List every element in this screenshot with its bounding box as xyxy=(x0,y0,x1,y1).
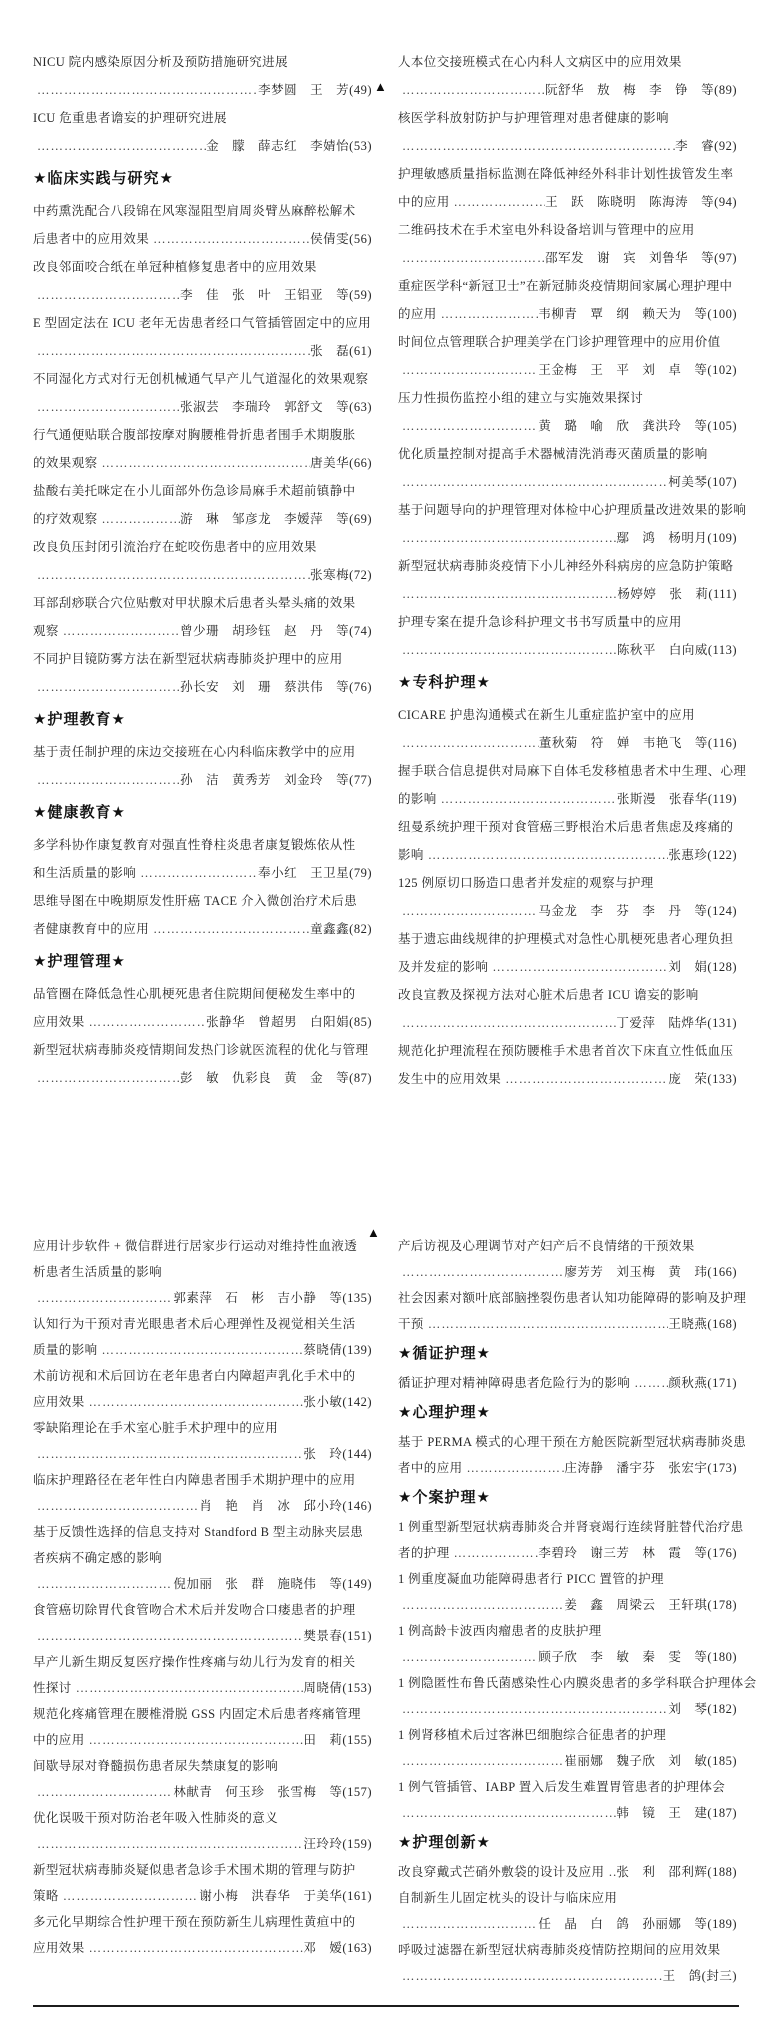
leader-dots: …………………………………………………………………………………………………………… xyxy=(604,1859,616,1885)
entry-authors-page: 孙 洁 黄秀芳 刘金玲 等(77) xyxy=(180,766,372,794)
entry-title-text: 干预 xyxy=(398,1311,424,1337)
entry-title-text: 发生中的应用效果 xyxy=(398,1065,501,1093)
entry-title-line: 新型冠状病毒肺炎疑似患者急诊手术围术期的管理与防护 xyxy=(33,1857,372,1883)
entry-leader-line: 策略……………………………………………………………………………………………………… xyxy=(33,1883,372,1909)
entry-title-text: 中的应用 xyxy=(398,188,450,216)
entry-title-line: NICU 院内感染原因分析及预防措施研究进展 xyxy=(33,48,372,76)
entry-title-text: 1 例气管插管、IABP 置入后发生难置胃管患者的护理体会 xyxy=(398,1774,725,1800)
entry-title-line: 优化误吸干预对防治老年吸入性肺炎的意义 xyxy=(33,1805,372,1831)
leader-dots: …………………………………………………………………………………………………………… xyxy=(398,412,538,440)
leader-dots: …………………………………………………………………………………………………………… xyxy=(33,281,180,309)
leader-dots: …………………………………………………………………………………………………………… xyxy=(398,1748,564,1774)
toc-entry: 新型冠状病毒肺炎疫情期间发热门诊就医流程的优化与管理……………………………………… xyxy=(33,1036,372,1092)
entry-title-line: 不同护目镜防雾方法在新型冠状病毒肺炎护理中的应用 xyxy=(33,645,372,673)
leader-dots: …………………………………………………………………………………………………………… xyxy=(33,76,258,104)
entry-authors-page: 邓 嫒(163) xyxy=(303,1935,372,1961)
leader-dots: …………………………………………………………………………………………………………… xyxy=(33,1571,173,1597)
entry-title-text: 改良负压封闭引流治疗在蛇咬伤患者中的应用效果 xyxy=(33,533,317,561)
entry-authors-page: 郭素萍 石 彬 吉小静 等(135) xyxy=(173,1285,372,1311)
entry-title-line: 1 例重型新型冠状病毒肺炎合并肾衰竭行连续肾脏替代治疗患 xyxy=(398,1514,737,1540)
entry-leader-line: 及并发症的影响………………………………………………………………………………………… xyxy=(398,953,737,981)
entry-title-line: 时间位点管理联合护理美学在门诊护理管理中的应用价值 xyxy=(398,328,737,356)
entry-authors-page: 陈秋平 白向威(113) xyxy=(617,636,737,664)
entry-title-text: 者中的应用 xyxy=(398,1455,463,1481)
entry-title-text: 应用效果 xyxy=(33,1008,85,1036)
entry-title-line: 者疾病不确定感的影响 xyxy=(33,1545,372,1571)
toc-entry: 125 例原切口肠造口患者并发症的观察与护理………………………………………………… xyxy=(398,869,737,925)
entry-leader-line: 和生活质量的影响……………………………………………………………………………………… xyxy=(33,859,372,887)
entry-title-line: E 型固定法在 ICU 老年无齿患者经口气管插管固定中的应用 xyxy=(33,309,372,337)
entry-title-line: 析患者生活质量的影响 xyxy=(33,1259,372,1285)
entry-title-line: 品管圈在降低急性心肌梗死患者住院期间便秘发生率中的 xyxy=(33,980,372,1008)
entry-title-line: 重症医学科“新冠卫士”在新冠肺炎疫情期间家属心理护理中 xyxy=(398,272,737,300)
toc-entry: 基于问题导向的护理管理对体检中心护理质量改进效果的影响…………………………………… xyxy=(398,496,737,552)
entry-leader-line: …………………………………………………………………………………………………………… xyxy=(398,1748,737,1774)
entry-title-text: 1 例重型新型冠状病毒肺炎合并肾衰竭行连续肾脏替代治疗患 xyxy=(398,1514,744,1540)
entry-title-text: 基于责任制护理的床边交接班在心内科临床教学中的应用 xyxy=(33,738,356,766)
entry-leader-line: 的应用…………………………………………………………………………………………………… xyxy=(398,300,737,328)
entry-authors-page: 王晓燕(168) xyxy=(668,1311,737,1337)
entry-title-text: 食管癌切除胃代食管吻合术术后并发吻合口瘘患者的护理 xyxy=(33,1597,356,1623)
entry-title-line: 认知行为干预对青光眼患者术后心理弹性及视觉相关生活 xyxy=(33,1311,372,1337)
entry-title-text: 改良宣教及探视方法对心脏术后患者 ICU 谵妄的影响 xyxy=(398,981,699,1009)
toc-entry: 行气通便贴联合腹部按摩对胸腰椎骨折患者围手术期腹胀的效果观察…………………………… xyxy=(33,421,372,477)
entry-authors-page: 周晓倩(153) xyxy=(303,1675,372,1701)
entry-title-text: 规范化护理流程在预防腰椎手术患者首次下床直立性低血压 xyxy=(398,1037,733,1065)
leader-dots: …………………………………………………………………………………………………………… xyxy=(59,1883,200,1909)
entry-title-text: 基于反馈性选择的信息支持对 Standford B 型主动脉夹层患 xyxy=(33,1519,363,1545)
entry-title-text: 基于遗忘曲线规律的护理模式对急性心肌梗死患者心理负担 xyxy=(398,925,733,953)
entry-title-line: 压力性损伤监控小组的建立与实施效果探讨 xyxy=(398,384,737,412)
entry-authors-page: 韦柳青 覃 纲 赖天为 等(100) xyxy=(538,300,737,328)
entry-title-text: 析患者生活质量的影响 xyxy=(33,1259,162,1285)
entry-leader-line: …………………………………………………………………………………………………………… xyxy=(398,1696,737,1722)
entry-authors-page: 崔丽娜 魏子欣 刘 敏(185) xyxy=(564,1748,737,1774)
entry-title-line: 改良负压封闭引流治疗在蛇咬伤患者中的应用效果 xyxy=(33,533,372,561)
entry-title-line: 规范化疼痛管理在腰椎滑脱 GSS 内固定术后患者疼痛管理 xyxy=(33,1701,372,1727)
toc-entry: 早产儿新生期反复医疗操作性疼痛与幼儿行为发育的相关性探讨………………………………… xyxy=(33,1649,372,1701)
entry-title-text: 的影响 xyxy=(398,785,437,813)
leader-dots: …………………………………………………………………………………………………………… xyxy=(33,337,310,365)
entry-title-text: 产后访视及心理调节对产妇产后不良情绪的干预效果 xyxy=(398,1233,695,1259)
leader-dots: …………………………………………………………………………………………………………… xyxy=(33,132,206,160)
entry-title-text: 中的应用 xyxy=(33,1727,85,1753)
entry-title-line: 不同湿化方式对行无创机械通气早产儿气道湿化的效果观察 xyxy=(33,365,372,393)
leader-dots: …………………………………………………………………………………………………………… xyxy=(424,1311,669,1337)
toc-entry: 纽曼系统护理干预对食管癌三野根治术后患者焦虑及疼痛的影响………………………………… xyxy=(398,813,737,869)
toc-entry: 自制新生儿固定枕头的设计与临床应用……………………………………………………………… xyxy=(398,1885,737,1937)
entry-title-line: 盐酸右美托咪定在小儿面部外伤急诊局麻手术超前镇静中 xyxy=(33,477,372,505)
entry-leader-line: 中的应用………………………………………………………………………………………………… xyxy=(398,188,737,216)
entry-title-line: 人本位交接班模式在心内科人文病区中的应用效果 xyxy=(398,48,737,76)
entry-leader-line: 干预……………………………………………………………………………………………………… xyxy=(398,1311,737,1337)
entry-title-text: 临床护理路径在老年性白内障患者围手术期护理中的应用 xyxy=(33,1467,356,1493)
entry-title-text: 改良穿戴式芒硝外敷袋的设计及应用 xyxy=(398,1859,604,1885)
entry-title-text: 及并发症的影响 xyxy=(398,953,488,981)
entry-title-text: 时间位点管理联合护理美学在门诊护理管理中的应用价值 xyxy=(398,328,721,356)
entry-title-text: 的应用 xyxy=(398,300,437,328)
toc-entry: 改良穿戴式芒硝外敷袋的设计及应用………………………………………………………………… xyxy=(398,1859,737,1885)
section-header: ★健康教育★ xyxy=(33,797,372,829)
toc-entry: 优化质量控制对提高手术器械清洗消毒灭菌质量的影响…………………………………………… xyxy=(398,440,737,496)
entry-title-line: 间歇导尿对脊髓损伤患者尿失禁康复的影响 xyxy=(33,1753,372,1779)
entry-title-line: 1 例重度凝血功能障碍患者行 PICC 置管的护理 xyxy=(398,1566,737,1592)
entry-leader-line: 的效果观察……………………………………………………………………………………………… xyxy=(33,449,372,477)
entry-authors-page: 阮舒华 敖 梅 李 铮 等(89) xyxy=(545,76,737,104)
leader-dots: …………………………………………………………………………………………………………… xyxy=(398,244,545,272)
leader-dots: …………………………………………………………………………………………………………… xyxy=(398,636,617,664)
entry-title-text: E 型固定法在 ICU 老年无齿患者经口气管插管固定中的应用 xyxy=(33,309,371,337)
entry-title-text: 品管圈在降低急性心肌梗死患者住院期间便秘发生率中的 xyxy=(33,980,356,1008)
toc-entry: 核医学科放射防护与护理管理对患者健康的影响…………………………………………………… xyxy=(398,104,737,160)
leader-dots: …………………………………………………………………………………………………………… xyxy=(33,1779,173,1805)
entry-title-line: 中药熏洗配合八段锦在风寒湿阻型肩周炎臂丛麻醉松解术 xyxy=(33,197,372,225)
leader-dots: …………………………………………………………………………………………………………… xyxy=(424,841,669,869)
toc-entry: CICARE 护患沟通模式在新生儿重症监护室中的应用……………………………………… xyxy=(398,701,737,757)
toc-entry: 耳部刮痧联合穴位贴敷对甲状腺术后患者头晕头痛的效果观察…………………………………… xyxy=(33,589,372,645)
entry-title-text: NICU 院内感染原因分析及预防措施研究进展 xyxy=(33,48,288,76)
entry-title-line: 早产儿新生期反复医疗操作性疼痛与幼儿行为发育的相关 xyxy=(33,1649,372,1675)
entry-title-line: 1 例隐匿性布鲁氏菌感染性心内膜炎患者的多学科联合护理体会 xyxy=(398,1670,737,1696)
entry-title-text: CICARE 护患沟通模式在新生儿重症监护室中的应用 xyxy=(398,701,695,729)
page-bottom-rule xyxy=(33,2005,739,2007)
toc-entry: 握手联合信息提供对局麻下自体毛发移植患者术中生理、心理的影响…………………………… xyxy=(398,757,737,813)
entry-authors-page: 张惠珍(122) xyxy=(668,841,737,869)
entry-authors-page: 杨婷婷 张 莉(111) xyxy=(617,580,737,608)
leader-dots: …………………………………………………………………………………………………………… xyxy=(398,76,545,104)
entry-authors-page: 鄢 鸿 杨明月(109) xyxy=(616,524,737,552)
entry-title-line: 耳部刮痧联合穴位贴敷对甲状腺术后患者头晕头痛的效果 xyxy=(33,589,372,617)
entry-title-text: 盐酸右美托咪定在小儿面部外伤急诊局麻手术超前镇静中 xyxy=(33,477,356,505)
entry-authors-page: 丁爱萍 陆烨华(131) xyxy=(616,1009,737,1037)
entry-authors-page: 顾子欣 李 敏 秦 雯 等(180) xyxy=(538,1644,737,1670)
section-header: ★护理教育★ xyxy=(33,704,372,736)
entry-leader-line: 者的护理………………………………………………………………………………………………… xyxy=(398,1540,737,1566)
entry-title-text: 基于问题导向的护理管理对体检中心护理质量改进效果的影响 xyxy=(398,496,746,524)
entry-title-line: 改良邻面咬合纸在单冠种植修复患者中的应用效果 xyxy=(33,253,372,281)
entry-title-line: 护理敏感质量指标监测在降低神经外科非计划性拔管发生率 xyxy=(398,160,737,188)
entry-leader-line: 的影响…………………………………………………………………………………………………… xyxy=(398,785,737,813)
entry-title-line: 新型冠状病毒肺炎疫情期间发热门诊就医流程的优化与管理 xyxy=(33,1036,372,1064)
entry-title-text: 性探讨 xyxy=(33,1675,72,1701)
entry-title-text: 零缺陷理论在手术室心脏手术护理中的应用 xyxy=(33,1415,278,1441)
entry-authors-page: 刘 琴(182) xyxy=(668,1696,737,1722)
entry-leader-line: …………………………………………………………………………………………………………… xyxy=(33,561,372,589)
entry-authors-page: 廖芳芳 刘玉梅 黄 玮(166) xyxy=(564,1259,737,1285)
entry-title-text: 新型冠状病毒肺炎疑似患者急诊手术围术期的管理与防护 xyxy=(33,1857,356,1883)
entry-title-line: 125 例原切口肠造口患者并发症的观察与护理 xyxy=(398,869,737,897)
leader-dots: …………………………………………………………………………………………………………… xyxy=(98,505,181,533)
entry-leader-line: …………………………………………………………………………………………………………… xyxy=(398,1009,737,1037)
entry-title-text: 人本位交接班模式在心内科人文病区中的应用效果 xyxy=(398,48,682,76)
leader-dots: …………………………………………………………………………………………………………… xyxy=(33,1493,199,1519)
leader-dots: …………………………………………………………………………………………………………… xyxy=(59,617,180,645)
entry-authors-page: 林献青 何玉珍 张雪梅 等(157) xyxy=(173,1779,372,1805)
entry-leader-line: …………………………………………………………………………………………………………… xyxy=(398,1644,737,1670)
entry-title-line: 1 例肾移植术后过客淋巴细胞综合征患者的护理 xyxy=(398,1722,737,1748)
entry-title-line: 自制新生儿固定枕头的设计与临床应用 xyxy=(398,1885,737,1911)
entry-leader-line: 者健康教育中的应用…………………………………………………………………………………… xyxy=(33,915,372,943)
section-header: ★临床实践与研究★ xyxy=(33,163,372,195)
entry-authors-page: 倪加丽 张 群 施晓伟 等(149) xyxy=(173,1571,372,1597)
entry-authors-page: 张小敏(142) xyxy=(303,1389,372,1415)
toc-entry: NICU 院内感染原因分析及预防措施研究进展………………………………………………… xyxy=(33,48,372,104)
entry-leader-line: …………………………………………………………………………………………………………… xyxy=(398,412,737,440)
entry-title-text: 1 例重度凝血功能障碍患者行 PICC 置管的护理 xyxy=(398,1566,664,1592)
entry-title-text: 纽曼系统护理干预对食管癌三野根治术后患者焦虑及疼痛的 xyxy=(398,813,733,841)
entry-authors-page: 李 佳 张 叶 王铝亚 等(59) xyxy=(180,281,372,309)
entry-leader-line: 观察……………………………………………………………………………………………………… xyxy=(33,617,372,645)
leader-dots: …………………………………………………………………………………………………………… xyxy=(437,785,617,813)
leader-dots: …………………………………………………………………………………………………………… xyxy=(630,1370,668,1396)
entry-authors-page: 张淑芸 李瑞玲 郭舒文 等(63) xyxy=(180,393,372,421)
entry-title-text: 压力性损伤监控小组的建立与实施效果探讨 xyxy=(398,384,643,412)
leader-dots: …………………………………………………………………………………………………………… xyxy=(437,300,539,328)
toc-entry: 思维导图在中晚期原发性肝癌 TACE 介入微创治疗术后患者健康教育中的应用………… xyxy=(33,887,372,943)
toc-entry: 品管圈在降低急性心肌梗死患者住院期间便秘发生率中的应用效果……………………………… xyxy=(33,980,372,1036)
entry-leader-line: 中的应用………………………………………………………………………………………………… xyxy=(33,1727,372,1753)
entry-title-line: 基于遗忘曲线规律的护理模式对急性心肌梗死患者心理负担 xyxy=(398,925,737,953)
leader-dots: …………………………………………………………………………………………………………… xyxy=(398,132,675,160)
entry-title-text: 核医学科放射防护与护理管理对患者健康的影响 xyxy=(398,104,669,132)
entry-title-text: 不同湿化方式对行无创机械通气早产儿气道湿化的效果观察 xyxy=(33,365,368,393)
toc-entry: 社会因素对额叶底部脑挫裂伤患者认知功能障碍的影响及护理干预……………………………… xyxy=(398,1285,737,1337)
toc-page-1: NICU 院内感染原因分析及预防措施研究进展………………………………………………… xyxy=(0,0,767,1093)
entry-leader-line: …………………………………………………………………………………………………………… xyxy=(33,1623,372,1649)
entry-authors-page: 张 利 邵利辉(188) xyxy=(616,1859,737,1885)
toc-entry: 1 例隐匿性布鲁氏菌感染性心内膜炎患者的多学科联合护理体会……………………………… xyxy=(398,1670,737,1722)
entry-title-text: ICU 危重患者谵妄的护理研究进展 xyxy=(33,104,227,132)
toc-entry: 新型冠状病毒肺炎疑似患者急诊手术围术期的管理与防护策略…………………………………… xyxy=(33,1857,372,1909)
toc-entry: 基于责任制护理的床边交接班在心内科临床教学中的应用………………………………………… xyxy=(33,738,372,794)
entry-title-text: 循证护理对精神障碍患者危险行为的影响 xyxy=(398,1370,630,1396)
entry-title-text: 早产儿新生期反复医疗操作性疼痛与幼儿行为发育的相关 xyxy=(33,1649,356,1675)
entry-title-text: 认知行为干预对青光眼患者术后心理弹性及视觉相关生活 xyxy=(33,1311,356,1337)
entry-leader-line: 者中的应用……………………………………………………………………………………………… xyxy=(398,1455,737,1481)
leader-dots: …………………………………………………………………………………………………………… xyxy=(398,1696,668,1722)
entry-leader-line: …………………………………………………………………………………………………………… xyxy=(398,897,737,925)
leader-dots: …………………………………………………………………………………………………………… xyxy=(33,1441,303,1467)
entry-title-text: 优化质量控制对提高手术器械清洗消毒灭菌质量的影响 xyxy=(398,440,708,468)
entry-authors-page: 颜秋燕(171) xyxy=(668,1370,737,1396)
entry-leader-line: …………………………………………………………………………………………………………… xyxy=(398,636,737,664)
entry-leader-line: …………………………………………………………………………………………………………… xyxy=(398,524,737,552)
entry-title-line: 基于反馈性选择的信息支持对 Standford B 型主动脉夹层患 xyxy=(33,1519,372,1545)
entry-leader-line: …………………………………………………………………………………………………………… xyxy=(33,76,372,104)
toc-entry: 改良宣教及探视方法对心脏术后患者 ICU 谵妄的影响……………………………………… xyxy=(398,981,737,1037)
toc-entry: 护理专案在提升急诊科护理文书书写质量中的应用………………………………………………… xyxy=(398,608,737,664)
entry-title-text: 不同护目镜防雾方法在新型冠状病毒肺炎护理中的应用 xyxy=(33,645,343,673)
entry-title-line: 基于责任制护理的床边交接班在心内科临床教学中的应用 xyxy=(33,738,372,766)
leader-dots: …………………………………………………………………………………………………………… xyxy=(398,1592,564,1618)
entry-authors-page: 邵军发 谢 宾 刘鲁华 等(97) xyxy=(545,244,737,272)
leader-dots: …………………………………………………………………………………………………………… xyxy=(398,1644,538,1670)
entry-leader-line: 应用效果………………………………………………………………………………………………… xyxy=(33,1935,372,1961)
entry-title-text: 耳部刮痧联合穴位贴敷对甲状腺术后患者头晕头痛的效果 xyxy=(33,589,356,617)
toc-entry: 间歇导尿对脊髓损伤患者尿失禁康复的影响………………………………………………………… xyxy=(33,1753,372,1805)
entry-title-line: 二维码技术在手术室电外科设备培训与管理中的应用 xyxy=(398,216,737,244)
leader-dots: …………………………………………………………………………………………………………… xyxy=(33,673,180,701)
entry-authors-page: 王 跃 陈晓明 陈海涛 等(94) xyxy=(545,188,737,216)
entry-title-text: 护理专案在提升急诊科护理文书书写质量中的应用 xyxy=(398,608,682,636)
leader-dots: …………………………………………………………………………………………………………… xyxy=(72,1675,304,1701)
entry-authors-page: 王金梅 王 平 刘 卓 等(102) xyxy=(538,356,737,384)
toc-entry: 压力性损伤监控小组的建立与实施效果探讨………………………………………………………… xyxy=(398,384,737,440)
toc-entry: 新型冠状病毒肺炎疫情下小儿神经外科病房的应急防护策略……………………………………… xyxy=(398,552,737,608)
entry-title-text: 间歇导尿对脊髓损伤患者尿失禁康复的影响 xyxy=(33,1753,278,1779)
entry-title-line: 基于 PERMA 模式的心理干预在方舱医院新型冠状病毒肺炎患 xyxy=(398,1429,737,1455)
journal-toc-document: ▲ ▲ NICU 院内感染原因分析及预防措施研究进展……………………………………… xyxy=(0,0,767,2025)
entry-title-text: 新型冠状病毒肺炎疫情下小儿神经外科病房的应急防护策略 xyxy=(398,552,733,580)
toc-entry: 1 例气管插管、IABP 置入后发生难置胃管患者的护理体会……………………………… xyxy=(398,1774,737,1826)
entry-leader-line: …………………………………………………………………………………………………………… xyxy=(33,1064,372,1092)
entry-title-text: 社会因素对额叶底部脑挫裂伤患者认知功能障碍的影响及护理 xyxy=(398,1285,746,1311)
entry-title-line: 思维导图在中晚期原发性肝癌 TACE 介入微创治疗术后患 xyxy=(33,887,372,915)
leader-dots: …………………………………………………………………………………………………………… xyxy=(149,915,310,943)
entry-authors-page: 侯倩雯(56) xyxy=(310,225,372,253)
entry-title-text: 的效果观察 xyxy=(33,449,98,477)
entry-title-text: 后患者中的应用效果 xyxy=(33,225,149,253)
toc-entry: 二维码技术在手术室电外科设备培训与管理中的应用……………………………………………… xyxy=(398,216,737,272)
entry-authors-page: 孙长安 刘 珊 蔡洪伟 等(76) xyxy=(180,673,372,701)
entry-title-line: 优化质量控制对提高手术器械清洗消毒灭菌质量的影响 xyxy=(398,440,737,468)
toc-entry: 1 例高龄卡波西肉瘤患者的皮肤护理……………………………………………………………… xyxy=(398,1618,737,1670)
entry-leader-line: …………………………………………………………………………………………………………… xyxy=(33,1831,372,1857)
entry-authors-page: 张寒梅(72) xyxy=(310,561,372,589)
toc-entry: 循证护理对精神障碍患者危险行为的影响…………………………………………………………… xyxy=(398,1370,737,1396)
entry-leader-line: 后患者中的应用效果…………………………………………………………………………………… xyxy=(33,225,372,253)
toc-entry: 基于反馈性选择的信息支持对 Standford B 型主动脉夹层患者疾病不确定感… xyxy=(33,1519,372,1597)
toc-entry: 优化误吸干预对防治老年吸入性肺炎的意义………………………………………………………… xyxy=(33,1805,372,1857)
toc-entry: 术前访视和术后回访在老年患者白内障超声乳化手术中的应用效果……………………………… xyxy=(33,1363,372,1415)
entry-title-line: 纽曼系统护理干预对食管癌三野根治术后患者焦虑及疼痛的 xyxy=(398,813,737,841)
entry-leader-line: …………………………………………………………………………………………………………… xyxy=(398,468,737,496)
entry-leader-line: 应用效果………………………………………………………………………………………………… xyxy=(33,1008,372,1036)
entry-authors-page: 肖 艳 肖 冰 邱小玲(146) xyxy=(199,1493,372,1519)
toc-entry: 规范化疼痛管理在腰椎滑脱 GSS 内固定术后患者疼痛管理中的应用……………………… xyxy=(33,1701,372,1753)
leader-dots: …………………………………………………………………………………………………………… xyxy=(398,1259,564,1285)
leader-dots: …………………………………………………………………………………………………………… xyxy=(33,393,180,421)
toc-entry: 认知行为干预对青光眼患者术后心理弹性及视觉相关生活质量的影响…………………………… xyxy=(33,1311,372,1363)
entry-authors-page: 张静华 曾超男 白阳娟(85) xyxy=(206,1008,372,1036)
toc-entry: 临床护理路径在老年性白内障患者围手术期护理中的应用………………………………………… xyxy=(33,1467,372,1519)
entry-leader-line: …………………………………………………………………………………………………………… xyxy=(398,356,737,384)
toc-entry: 多学科协作康复教育对强直性脊柱炎患者康复锻炼依从性和生活质量的影响…………………… xyxy=(33,831,372,887)
entry-leader-line: …………………………………………………………………………………………………………… xyxy=(398,132,737,160)
entry-title-text: 策略 xyxy=(33,1883,59,1909)
section-header: ★专科护理★ xyxy=(398,667,737,699)
entry-leader-line: …………………………………………………………………………………………………………… xyxy=(398,1592,737,1618)
toc-entry: 不同湿化方式对行无创机械通气早产儿气道湿化的效果观察……………………………………… xyxy=(33,365,372,421)
entry-title-text: 改良邻面咬合纸在单冠种植修复患者中的应用效果 xyxy=(33,253,317,281)
entry-authors-page: 马金龙 李 芬 李 丹 等(124) xyxy=(538,897,737,925)
toc-entry: 1 例重型新型冠状病毒肺炎合并肾衰竭行连续肾脏替代治疗患者的护理……………………… xyxy=(398,1514,737,1566)
section-header: ★心理护理★ xyxy=(398,1398,737,1427)
gutter-triangle-marker-top: ▲ xyxy=(374,80,387,93)
leader-dots: …………………………………………………………………………………………………………… xyxy=(85,1727,304,1753)
section-header: ★护理管理★ xyxy=(33,946,372,978)
entry-title-text: 中药熏洗配合八段锦在风寒湿阻型肩周炎臂丛麻醉松解术 xyxy=(33,197,356,225)
entry-title-line: 1 例气管插管、IABP 置入后发生难置胃管患者的护理体会 xyxy=(398,1774,737,1800)
leader-dots: …………………………………………………………………………………………………………… xyxy=(398,468,668,496)
toc-entry: 人本位交接班模式在心内科人文病区中的应用效果………………………………………………… xyxy=(398,48,737,104)
entry-title-text: 1 例高龄卡波西肉瘤患者的皮肤护理 xyxy=(398,1618,602,1644)
entry-authors-page: 庄涛静 潘宇芬 张宏宇(173) xyxy=(564,1455,737,1481)
entry-authors-page: 金 朦 薛志红 李婧怡(53) xyxy=(206,132,372,160)
entry-title-line: 零缺陷理论在手术室心脏手术护理中的应用 xyxy=(33,1415,372,1441)
leader-dots: …………………………………………………………………………………………………………… xyxy=(450,188,546,216)
leader-dots: …………………………………………………………………………………………………………… xyxy=(398,729,539,757)
leader-dots: …………………………………………………………………………………………………………… xyxy=(398,1009,616,1037)
entry-leader-line: …………………………………………………………………………………………………………… xyxy=(33,1779,372,1805)
entry-title-text: 护理敏感质量指标监测在降低神经外科非计划性拔管发生率 xyxy=(398,160,733,188)
entry-leader-line: 质量的影响……………………………………………………………………………………………… xyxy=(33,1337,372,1363)
toc-entry: 护理敏感质量指标监测在降低神经外科非计划性拔管发生率中的应用…………………………… xyxy=(398,160,737,216)
toc-entry: 呼吸过滤器在新型冠状病毒肺炎疫情防控期间的应用效果………………………………………… xyxy=(398,1937,737,1989)
entry-leader-line: 的疗效观察……………………………………………………………………………………………… xyxy=(33,505,372,533)
entry-title-text: 应用效果 xyxy=(33,1935,85,1961)
entry-title-line: 握手联合信息提供对局麻下自体毛发移植患者术中生理、心理 xyxy=(398,757,737,785)
leader-dots: …………………………………………………………………………………………………………… xyxy=(463,1455,565,1481)
entry-title-text: 者疾病不确定感的影响 xyxy=(33,1545,162,1571)
entry-title-text: 优化误吸干预对防治老年吸入性肺炎的意义 xyxy=(33,1805,278,1831)
entry-title-text: 者健康教育中的应用 xyxy=(33,915,149,943)
entry-authors-page: 姜 鑫 周梁云 王轩琪(178) xyxy=(564,1592,737,1618)
entry-title-text: 重症医学科“新冠卫士”在新冠肺炎疫情期间家属心理护理中 xyxy=(398,272,732,300)
toc-entry: 时间位点管理联合护理美学在门诊护理管理中的应用价值………………………………………… xyxy=(398,328,737,384)
entry-authors-page: 黄 璐 喻 欣 龚洪玲 等(105) xyxy=(538,412,737,440)
entry-title-line: 规范化护理流程在预防腰椎手术患者首次下床直立性低血压 xyxy=(398,1037,737,1065)
toc-entry: 不同护目镜防雾方法在新型冠状病毒肺炎护理中的应用…………………………………………… xyxy=(33,645,372,701)
leader-dots: …………………………………………………………………………………………………………… xyxy=(398,1800,616,1826)
toc-entry: 应用计步软件 + 微信群进行居家步行运动对维持性血液透析患者生活质量的影响………… xyxy=(33,1233,372,1311)
entry-authors-page: 刘 娟(128) xyxy=(668,953,737,981)
entry-authors-page: 田 莉(155) xyxy=(303,1727,372,1753)
toc-entry: ICU 危重患者谵妄的护理研究进展……………………………………………………………… xyxy=(33,104,372,160)
entry-title-text: 思维导图在中晚期原发性肝癌 TACE 介入微创治疗术后患 xyxy=(33,887,357,915)
gutter-triangle-marker-bottom: ▲ xyxy=(367,1226,380,1239)
leader-dots: …………………………………………………………………………………………………………… xyxy=(85,1935,304,1961)
entry-title-line: 食管癌切除胃代食管吻合术术后并发吻合口瘘患者的护理 xyxy=(33,1597,372,1623)
leader-dots: …………………………………………………………………………………………………………… xyxy=(398,356,538,384)
leader-dots: …………………………………………………………………………………………………………… xyxy=(33,1623,303,1649)
entry-leader-line: …………………………………………………………………………………………………………… xyxy=(33,132,372,160)
toc-entry: 基于 PERMA 模式的心理干预在方舱医院新型冠状病毒肺炎患者中的应用……………… xyxy=(398,1429,737,1481)
entry-title-line: 临床护理路径在老年性白内障患者围手术期护理中的应用 xyxy=(33,1467,372,1493)
entry-authors-page: 张 玲(144) xyxy=(303,1441,372,1467)
entry-title-text: 规范化疼痛管理在腰椎滑脱 GSS 内固定术后患者疼痛管理 xyxy=(33,1701,361,1727)
leader-dots: …………………………………………………………………………………………………………… xyxy=(33,1064,180,1092)
entry-title-line: 基于问题导向的护理管理对体检中心护理质量改进效果的影响 xyxy=(398,496,737,524)
entry-title-line: 核医学科放射防护与护理管理对患者健康的影响 xyxy=(398,104,737,132)
leader-dots: …………………………………………………………………………………………………………… xyxy=(398,524,616,552)
toc-page-2: 应用计步软件 + 微信群进行居家步行运动对维持性血液透析患者生活质量的影响………… xyxy=(0,1233,767,1989)
toc-entry: 基于遗忘曲线规律的护理模式对急性心肌梗死患者心理负担及并发症的影响…………………… xyxy=(398,925,737,981)
leader-dots: …………………………………………………………………………………………………………… xyxy=(149,225,310,253)
entry-leader-line: 性探讨…………………………………………………………………………………………………… xyxy=(33,1675,372,1701)
entry-title-text: 影响 xyxy=(398,841,424,869)
leader-dots: …………………………………………………………………………………………………………… xyxy=(33,766,180,794)
entry-leader-line: …………………………………………………………………………………………………………… xyxy=(33,1493,372,1519)
leader-dots: …………………………………………………………………………………………………………… xyxy=(85,1008,207,1036)
entry-leader-line: 影响……………………………………………………………………………………………………… xyxy=(398,841,737,869)
entry-authors-page: 游 琳 邹彦龙 李嫒萍 等(69) xyxy=(180,505,372,533)
entry-leader-line: …………………………………………………………………………………………………………… xyxy=(398,729,737,757)
leader-dots: …………………………………………………………………………………………………………… xyxy=(33,561,310,589)
toc-entry: 零缺陷理论在手术室心脏手术护理中的应用………………………………………………………… xyxy=(33,1415,372,1467)
entry-title-line: 改良宣教及探视方法对心脏术后患者 ICU 谵妄的影响 xyxy=(398,981,737,1009)
entry-authors-page: 汪玲玲(159) xyxy=(303,1831,372,1857)
